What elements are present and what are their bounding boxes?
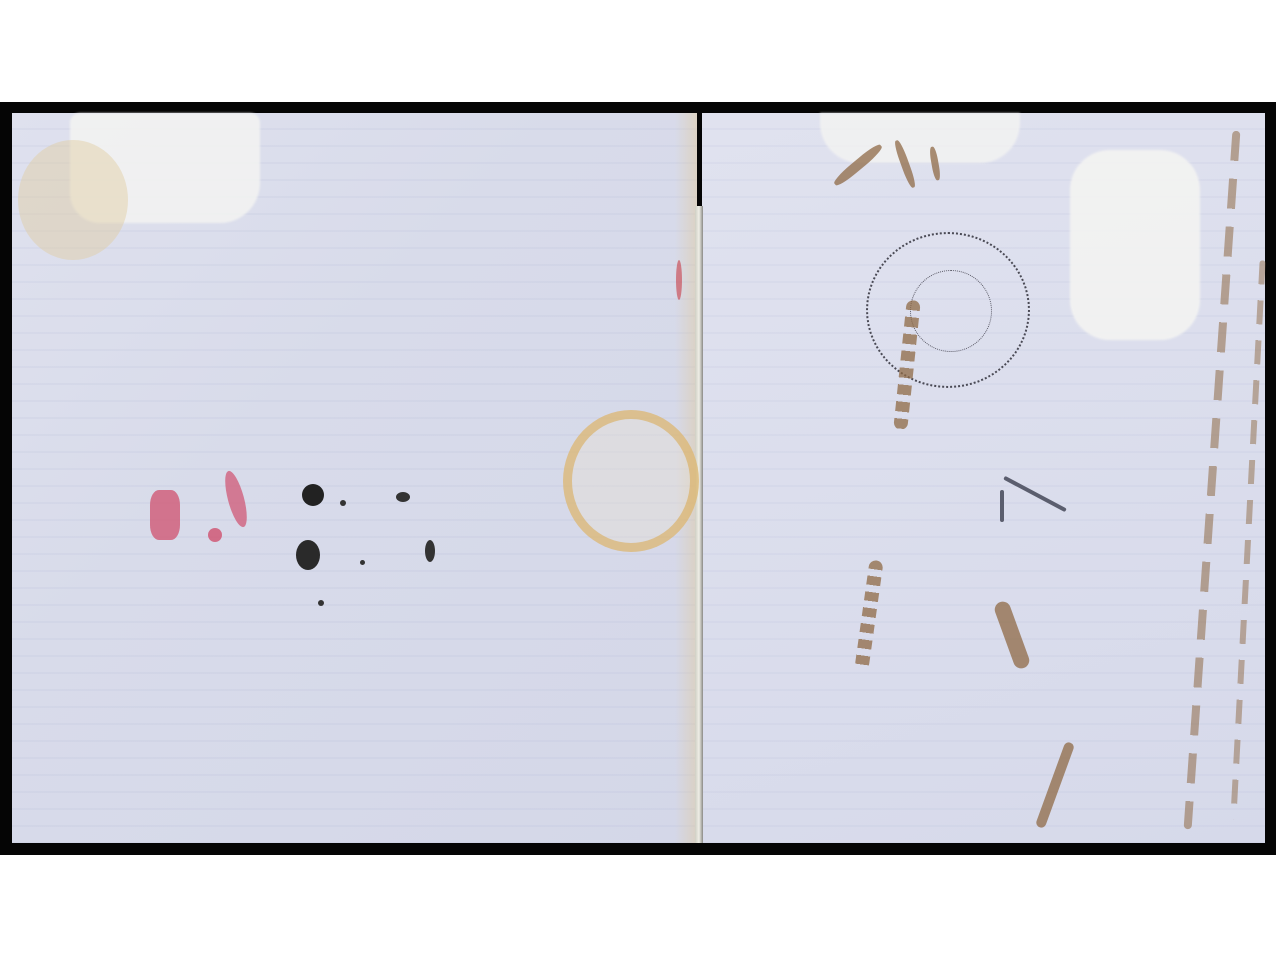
- age-stain-top-left: [18, 140, 128, 260]
- red-ink-mark: [208, 528, 222, 542]
- red-ink-mark: [676, 260, 682, 300]
- pencil-mark: [1000, 490, 1004, 522]
- postmark-inner-ring: [910, 270, 992, 352]
- red-ink-mark: [150, 490, 180, 540]
- black-ink-blot: [425, 540, 435, 562]
- black-ink-blot: [296, 540, 320, 570]
- black-ink-blot: [396, 492, 410, 502]
- seal-stain-icon: [563, 410, 699, 552]
- paper-wear-top-right: [1070, 150, 1200, 340]
- paper-wear-top-center: [820, 113, 1020, 163]
- black-ink-blot: [302, 484, 324, 506]
- black-ink-blot: [318, 600, 324, 606]
- fold-edge: [695, 206, 703, 843]
- black-ink-blot: [360, 560, 365, 565]
- black-ink-blot: [340, 500, 346, 506]
